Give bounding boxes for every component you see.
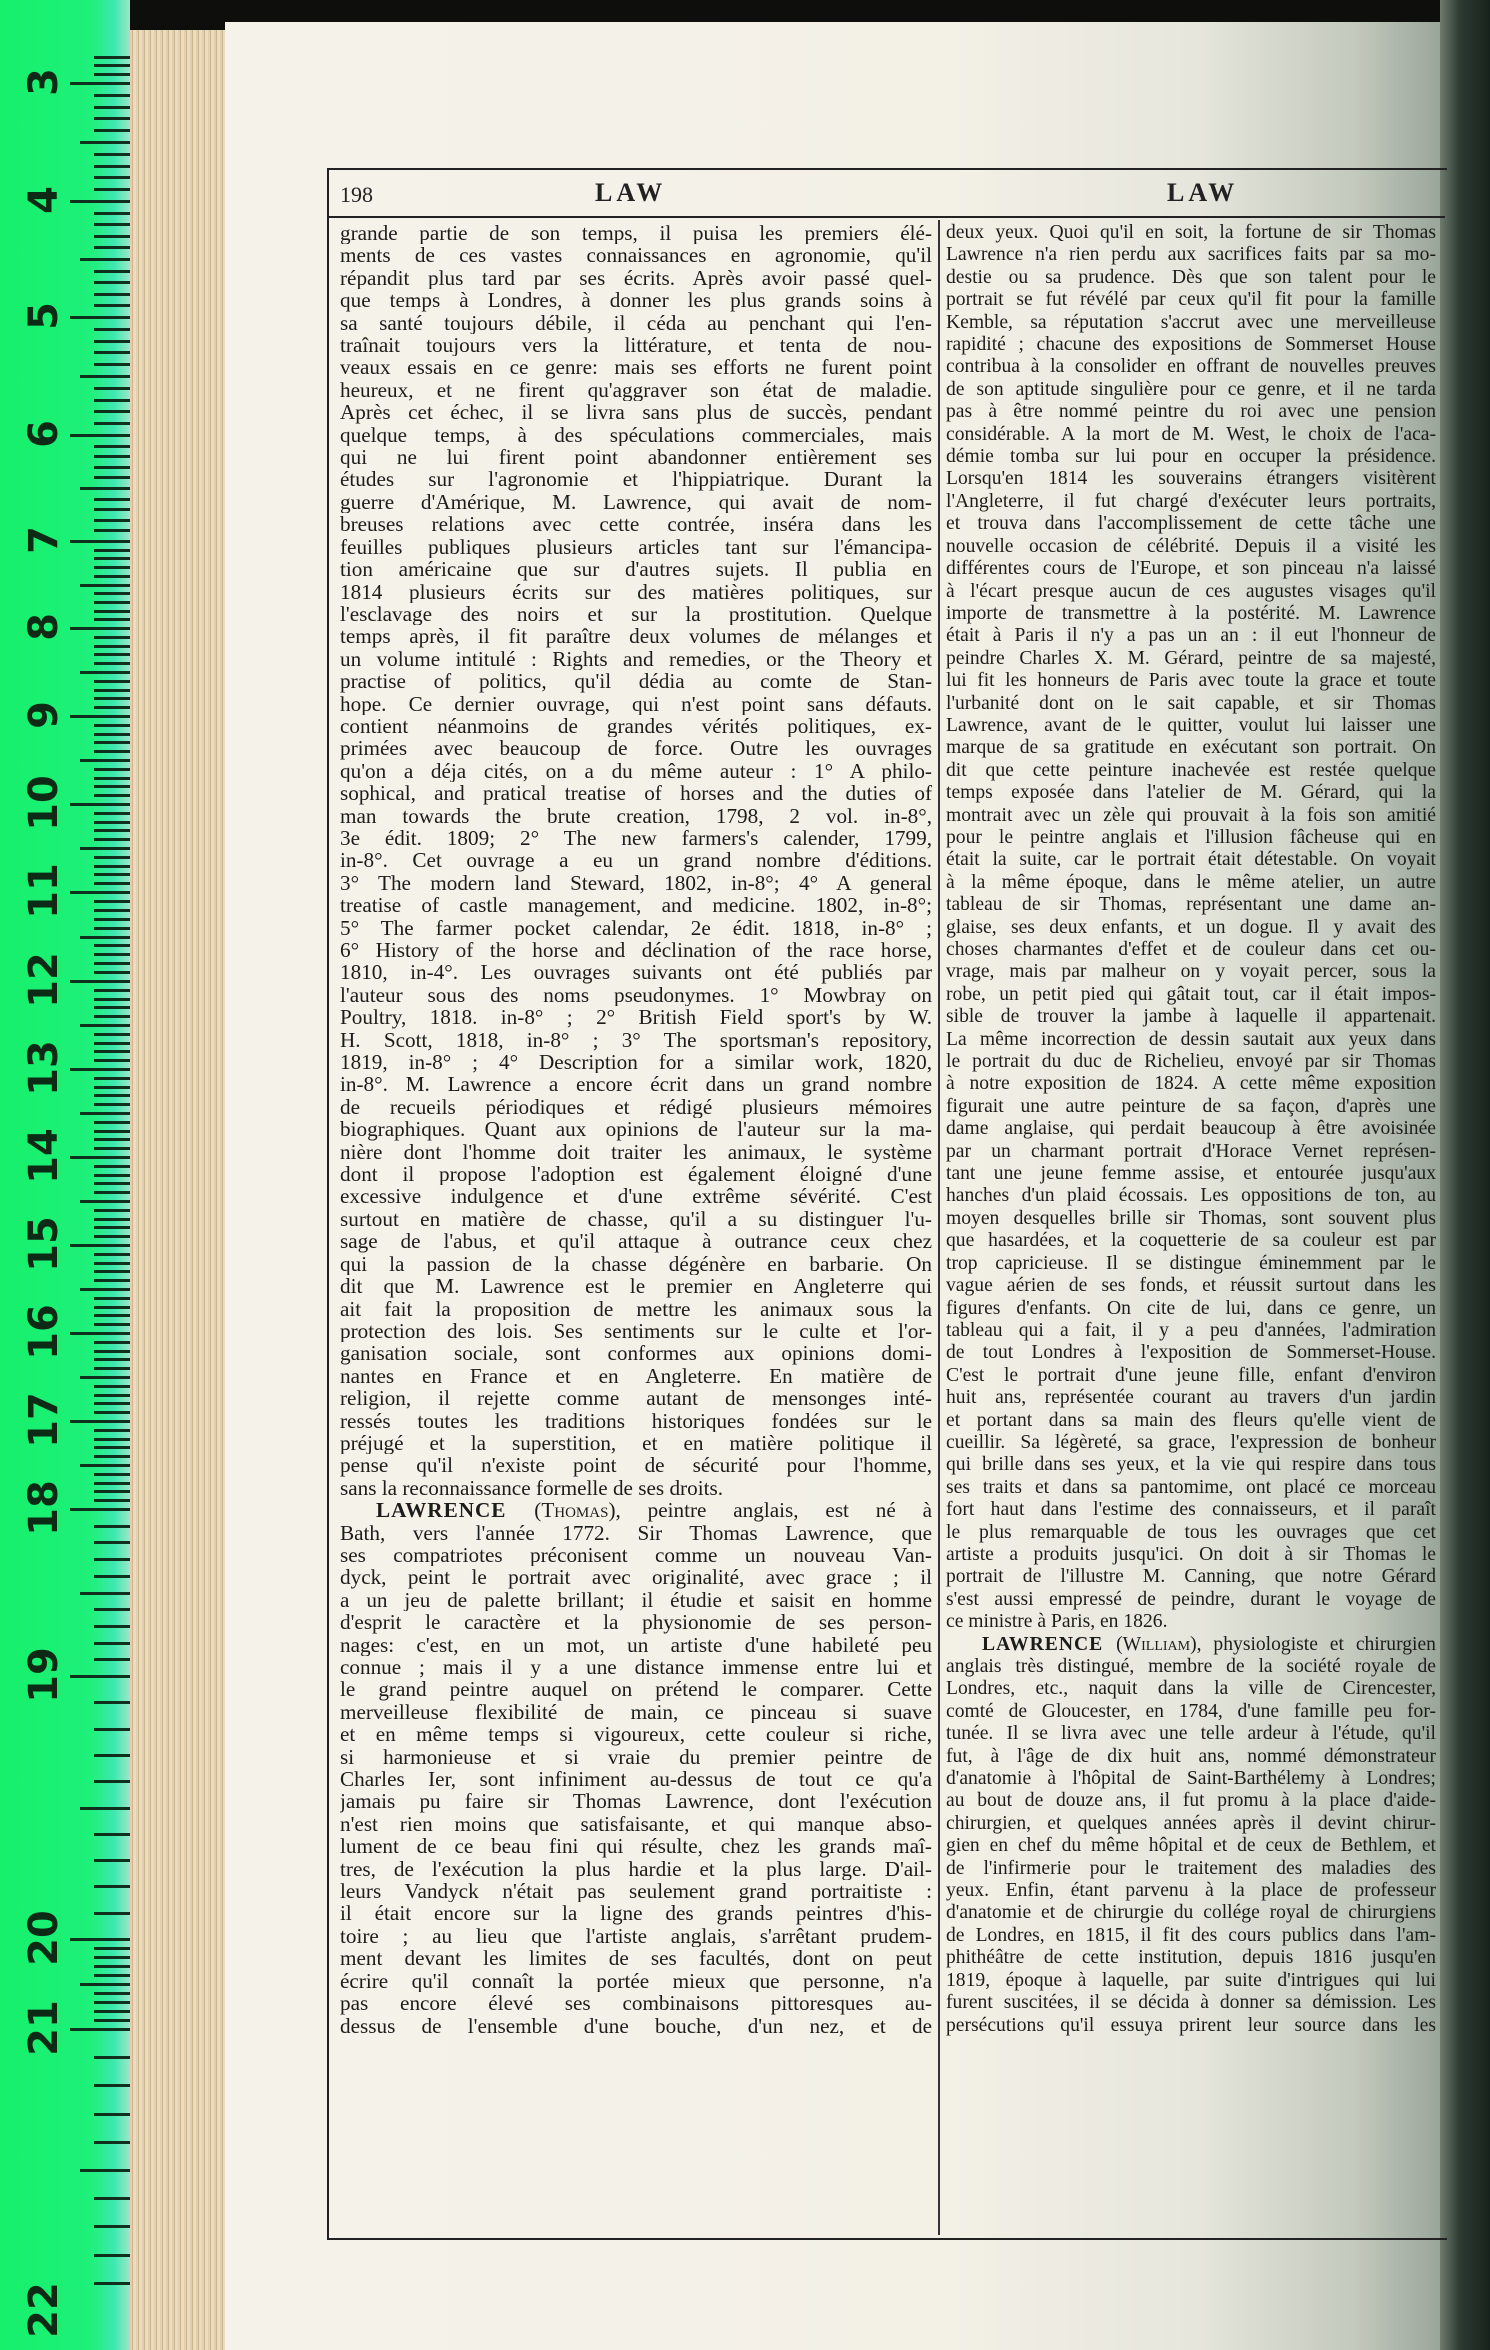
ruler-tick [94, 777, 130, 780]
ruler-tick [80, 1024, 130, 1027]
text-line: lument de ce beau fini qui résulte, chez… [340, 1835, 932, 1857]
ruler-tick [94, 1077, 130, 1080]
page-number: 198 [340, 182, 373, 208]
ruler-tick [94, 794, 130, 797]
ruler-tick [94, 1270, 130, 1273]
ruler-tick [94, 1912, 130, 1915]
ruler-tick [94, 223, 130, 226]
text-line: traînait toujours vers la littérature, e… [340, 334, 932, 356]
text-line: ment devant les limites de ses facultés,… [340, 1947, 932, 1969]
text-line: rapidité ; chacune des expositions de So… [946, 334, 1436, 356]
ruler-label: 3 [22, 52, 66, 112]
ruler-tick [80, 258, 130, 261]
text-line: cueillir. Sa légèreté, sa grace, l'expre… [946, 1432, 1436, 1454]
text-line: ses compatriotes préconisent comme un no… [340, 1544, 932, 1566]
text-line: La même incorrection de dessin sautait a… [946, 1029, 1436, 1051]
ruler-tick [80, 1288, 130, 1291]
ruler-tick [94, 270, 130, 273]
text-line: vague aérien de ses fonds, et réussit su… [946, 1275, 1436, 1297]
ruler-tick [94, 1965, 130, 1968]
text-line: l'esclavage des noirs et sur la prostitu… [340, 603, 932, 625]
ruler-tick [94, 575, 130, 578]
text-line: portrait de l'illustre M. Canning, que n… [946, 1566, 1436, 1588]
ruler-tick [94, 304, 130, 307]
ruler-tick [94, 2010, 130, 2013]
ruler-tick [94, 2254, 130, 2257]
text-line: persécutions qu'il essuya prirent leur s… [946, 2015, 1436, 2037]
ruler-tick [94, 399, 130, 402]
ruler-tick [94, 1446, 130, 1449]
text-line: vrage, mais par malheur on y voyait perc… [946, 961, 1436, 983]
ruler-tick [94, 1385, 130, 1388]
ruler-tick [94, 1780, 130, 1783]
ruler-tick [94, 1059, 130, 1062]
ruler-tick [94, 557, 130, 560]
text-line: primées avec beaucoup de force. Outre le… [340, 737, 932, 759]
text-line: 1819, in-8° ; 4° Description for a simil… [340, 1051, 932, 1073]
text-line: choses charmantes d'effet et de couleur … [946, 939, 1436, 961]
text-line: de son aptitude singulière pour ce genre… [946, 379, 1436, 401]
text-line: sophical, and pratical treatise of horse… [340, 782, 932, 804]
ruler-label: 11 [22, 861, 66, 921]
ruler-tick [94, 768, 130, 771]
text-line: in-8°. M. Lawrence a encore écrit dans u… [340, 1073, 932, 1095]
ruler-tick [94, 73, 130, 76]
text-line: importe de transmettre à la postérité. M… [946, 603, 1436, 625]
text-line: deux yeux. Quoi qu'il en soit, la fortun… [946, 222, 1436, 244]
text-line: sage de l'abus, et qu'il attaque à outra… [340, 1230, 932, 1252]
ruler-tick [94, 2113, 130, 2116]
ruler-tick [94, 1042, 130, 1045]
ruler-tick [70, 1938, 130, 1941]
text-line: 3° The modern land Steward, 1802, in-8°;… [340, 872, 932, 894]
text-line: un volume intitulé : Rights and remedies… [340, 648, 932, 670]
ruler-tick [94, 944, 130, 947]
ruler-tick [70, 1332, 130, 1335]
ruler-tick [94, 1253, 130, 1256]
ruler-tick [94, 2282, 130, 2285]
text-line: ses traits et dans sa pantomime, ont pla… [946, 1477, 1436, 1499]
ruler-tick [94, 1103, 130, 1106]
text-line: heureux, et ne firent qu'aggraver son ét… [340, 379, 932, 401]
ruler-label: 17 [22, 1390, 66, 1450]
ruler-tick [94, 549, 130, 552]
ruler-tick [70, 715, 130, 718]
text-line: pas encore élevé ses combinaisons pittor… [340, 1992, 932, 2014]
binding-shadow [1440, 0, 1490, 2350]
text-line: d'esprit le caractère et la physionomie … [340, 1611, 932, 1633]
text-line: hope. Ce dernier ouvrage, qui n'est poin… [340, 693, 932, 715]
ruler-tick [94, 680, 130, 683]
ruler-tick [94, 1558, 130, 1561]
ruler-tick [94, 1833, 130, 1836]
ruler-tick [94, 592, 130, 595]
text-line: feuilles publiques plusieurs articles ta… [340, 536, 932, 558]
text-line: que hasardées, et la coquetterie de sa c… [946, 1230, 1436, 1252]
ruler-tick [94, 962, 130, 965]
ruler-tick [94, 1608, 130, 1611]
text-line: temps exposée dans l'atelier de M. Gérar… [946, 782, 1436, 804]
text-line: jamais pu faire sir Thomas Lawrence, don… [340, 1790, 932, 1812]
ruler-tick [94, 153, 130, 156]
ruler-tick [80, 1807, 130, 1810]
text-line: différentes cours de l'Europe, et son pi… [946, 558, 1436, 580]
text-line: de Londres, en 1815, il fit des cours pu… [946, 1925, 1436, 1947]
ruler-tick [94, 812, 130, 815]
ruler-tick [94, 2141, 130, 2144]
ruler-tick [70, 1675, 130, 1678]
text-line: protection des lois. Ses sentiments sur … [340, 1320, 932, 1342]
ruler-tick [94, 1455, 130, 1458]
ruler-tick [94, 882, 130, 885]
text-line: qui brille dans ses yeux, et la vie qui … [946, 1454, 1436, 1476]
text-line: montrait avec un zèle qui prouvait à la … [946, 805, 1436, 827]
ruler-tick [94, 1174, 130, 1177]
ruler-tick [94, 1402, 130, 1405]
ruler-tick [94, 1482, 130, 1485]
ruler-tick [94, 129, 130, 132]
ruler-tick [94, 1358, 130, 1361]
ruler-label: 16 [22, 1302, 66, 1362]
text-line: 6° History of the horse and déclination … [340, 939, 932, 961]
ruler-tick [94, 235, 130, 238]
ruler-tick [94, 1209, 130, 1212]
ruler-tick [94, 508, 130, 511]
ruler-tick [80, 1200, 130, 1203]
ruler-tick [94, 1323, 130, 1326]
text-line: Charles Ier, sont infiniment au-dessus d… [340, 1768, 932, 1790]
text-line: figures d'enfants. On cite de lui, dans … [946, 1298, 1436, 1320]
ruler-tick [70, 1420, 130, 1423]
text-line: dyck, peint le portrait avec originalité… [340, 1566, 932, 1588]
text-line: ments de ces vastes connaissances en agr… [340, 244, 932, 266]
ruler-tick [94, 1367, 130, 1370]
text-line: sible de trouver la jambe à laquelle il … [946, 1006, 1436, 1028]
ruler-tick [94, 1050, 130, 1053]
text-line: nière dont l'homme doit traiter les anim… [340, 1141, 932, 1163]
ruler-tick [94, 1130, 130, 1133]
ruler-tick [94, 2225, 130, 2228]
ruler-tick [94, 1262, 130, 1265]
text-line: temps après, il fit paraître deux volume… [340, 625, 932, 647]
text-line: surtout en matière de chasse, qu'il a su… [340, 1208, 932, 1230]
right-column: deux yeux. Quoi qu'il en soit, la fortun… [946, 222, 1436, 2037]
text-line: qu'on a déja cités, on a du même auteur … [340, 760, 932, 782]
ruler-label: 19 [22, 1645, 66, 1705]
text-line: 3e édit. 1809; 2° The new farmers's cale… [340, 827, 932, 849]
ruler-tick [94, 1575, 130, 1578]
text-line: l'auteur sous des noms pseudonymes. 1° M… [340, 984, 932, 1006]
ruler-tick [80, 1376, 130, 1379]
entry-headword: LAWRENCE [376, 1499, 534, 1521]
text-line: à notre exposition de 1824. A cette même… [946, 1073, 1436, 1095]
text-line: pas à être nommé peintre du roi avec une… [946, 401, 1436, 423]
ruler-tick [94, 1226, 130, 1229]
ruler-tick [94, 1015, 130, 1018]
running-head: 198 LAW LAW [327, 170, 1445, 218]
text-line: Lawrence n'a rien perdu aux sacrifices f… [946, 244, 1436, 266]
text-line: contient néanmoins de grandes vérités po… [340, 715, 932, 737]
text-line: marque de sa gratitude en exécutant son … [946, 737, 1436, 759]
text-line: sans la reconnaissance formelle de ses d… [340, 1477, 932, 1499]
text-line: leurs Vandyck n'était pas seulement gran… [340, 1880, 932, 1902]
text-line: connue ; mais il y a une distance immens… [340, 1656, 932, 1678]
ruler-tick [94, 293, 130, 296]
ruler-tick [80, 2169, 130, 2172]
text-line: préjugé et la superstition, et en matièr… [340, 1432, 932, 1454]
ruler-tick [94, 953, 130, 956]
text-line: études sur l'agronomie et l'hippiatrique… [340, 468, 932, 490]
text-line: C'est le portrait d'une jeune fille, enf… [946, 1365, 1436, 1387]
ruler-tick [94, 998, 130, 1001]
ruler-tick [94, 466, 130, 469]
ruler: 345678910111213141516171819202122 [0, 0, 130, 2350]
text-line: lui fit les honneurs de Paris avec toute… [946, 670, 1436, 692]
ruler-tick [94, 1541, 130, 1544]
ruler-tick [94, 900, 130, 903]
ruler-tick [94, 1490, 130, 1493]
text-line: écrire qu'il connaît la portée mieux que… [340, 1970, 932, 1992]
text-line: tion américaine que sur d'autres sujets.… [340, 558, 932, 580]
text-line: sa santé toujours débile, il céda au pen… [340, 312, 932, 334]
ruler-tick [94, 2019, 130, 2022]
text-line: fort haut dans l'estime des connaisseurs… [946, 1499, 1436, 1521]
ruler-tick [94, 1394, 130, 1397]
ruler-tick [94, 601, 130, 604]
ruler-label: 13 [22, 1038, 66, 1098]
ruler-tick [94, 724, 130, 727]
text-line: robe, un petit pied qui gâtait tout, car… [946, 984, 1436, 1006]
ruler-tick [94, 1297, 130, 1300]
text-line: Lorsqu'en 1814 les souverains étrangers … [946, 468, 1436, 490]
text-line: à l'écart presque aucun de ces augustes … [946, 581, 1436, 603]
ruler-tick [80, 847, 130, 850]
ruler-label: 18 [22, 1478, 66, 1538]
ruler-tick [94, 1642, 130, 1645]
ruler-tick [94, 1235, 130, 1238]
text-line: démie tomba sur lui pour en occuper la p… [946, 446, 1436, 468]
page-block-edge [130, 30, 225, 2350]
ruler-tick [94, 387, 130, 390]
text-line: n'est rien moins que satisfaisante, et q… [340, 1813, 932, 1835]
text-line: Kemble, sa réputation s'accrut avec une … [946, 312, 1436, 334]
ruler-tick [94, 1859, 130, 1862]
ruler-tick [94, 989, 130, 992]
ruler-tick [80, 584, 130, 587]
ruler-tick [80, 141, 130, 144]
ruler-tick [94, 653, 130, 656]
text-line: yeux. Enfin, étant parvenu à la place de… [946, 1880, 1436, 1902]
text-line: religion, il rejette comme autant de men… [340, 1387, 932, 1409]
text-line: était la suite, car le portrait était dé… [946, 849, 1436, 871]
ruler-tick [70, 316, 130, 319]
ruler-tick [94, 1086, 130, 1089]
ruler-label: 5 [22, 286, 66, 346]
text-line: artiste a produits jusqu'ici. On doit à … [946, 1544, 1436, 1566]
ruler-tick [94, 498, 130, 501]
ruler-tick [94, 529, 130, 532]
ruler-tick [94, 1411, 130, 1414]
ruler-tick [94, 610, 130, 613]
ruler-tick [70, 540, 130, 543]
ruler-tick [94, 340, 130, 343]
ruler-label: 9 [22, 685, 66, 745]
ruler-tick [94, 1182, 130, 1185]
text-line: Poultry, 1818. in-8° ; 2° British Field … [340, 1006, 932, 1028]
text-line: ressés toutes les traditions historiques… [340, 1410, 932, 1432]
ruler-tick [94, 188, 130, 191]
text-line: practise of politics, qu'il dédia au com… [340, 670, 932, 692]
text-line: dame anglaise, qui perdait beaucoup à êt… [946, 1118, 1436, 1140]
text-line: hanches d'un plaid écossais. Les opposit… [946, 1185, 1436, 1207]
text-line: dont il propose l'adoption est également… [340, 1163, 932, 1185]
ruler-tick [94, 1033, 130, 1036]
text-line: dit que cette peinture inachevée est res… [946, 760, 1436, 782]
ruler-tick [94, 927, 130, 930]
text-line: tableau de sir Thomas, représentant une … [946, 894, 1436, 916]
text-line: le grand peintre auquel on prétend le co… [340, 1678, 932, 1700]
text-line: si harmonieuse et si vraie du premier pe… [340, 1746, 932, 1768]
ruler-tick [94, 1191, 130, 1194]
text-line: in-8°. Cet ouvrage a eu un grand nombre … [340, 849, 932, 871]
text-line: d'anatomie et de chirurgie du collége ro… [946, 1902, 1436, 1924]
text-line: répandit plus tard par ses écrits. Après… [340, 267, 932, 289]
ruler-tick [94, 689, 130, 692]
ruler-tick [94, 1429, 130, 1432]
text-line: H. Scott, 1818, in-8° ; 3° The sportsman… [340, 1029, 932, 1051]
ruler-tick [94, 1121, 130, 1124]
ruler-tick [80, 936, 130, 939]
text-line: et en même temps si vigoureux, cette cou… [340, 1723, 932, 1745]
ruler-tick [70, 434, 130, 437]
text-line: et portant dans sa main des fleurs qu'el… [946, 1410, 1436, 1432]
text-line: gien en chef du même hôpital et de ceux … [946, 1835, 1436, 1857]
text-line: moyen desquelles brille sir Thomas, sont… [946, 1208, 1436, 1230]
ruler-tick [94, 1314, 130, 1317]
ruler-tick [94, 909, 130, 912]
ruler-tick [80, 1112, 130, 1115]
entry-lawrence-william: LAWRENCE (William), physiologiste et chi… [946, 1634, 1436, 1656]
ruler-tick [80, 1592, 130, 1595]
text-line: pour le peintre anglais et l'illusion fâ… [946, 827, 1436, 849]
text-line: breuses relations avec cette contrée, in… [340, 513, 932, 535]
text-line: il était encore sur la ligne des grands … [340, 1902, 932, 1924]
text-line: pense qu'il n'existe point de sécurité p… [340, 1454, 932, 1476]
ruler-tick [94, 445, 130, 448]
ruler-tick [94, 1473, 130, 1476]
text-line: par un charmant portrait d'Horace Vernet… [946, 1141, 1436, 1163]
text-line: tunée. Il se livra avec une telle ardeur… [946, 1723, 1436, 1745]
ruler-tick [94, 1147, 130, 1150]
ruler-tick [94, 410, 130, 413]
ruler-tick [94, 2197, 130, 2200]
ruler-label: 22 [22, 2280, 66, 2340]
ruler-tick [94, 476, 130, 479]
text-line: de l'infirmerie pour le traitement des m… [946, 1858, 1436, 1880]
ruler-tick [94, 873, 130, 876]
ruler-tick [94, 1138, 130, 1141]
ruler-tick [70, 891, 130, 894]
ruler-tick [70, 1156, 130, 1159]
text-line: était à Paris il n'y a pas un an : il eu… [946, 625, 1436, 647]
ruler-tick [94, 1956, 130, 1959]
ruler-tick [94, 1974, 130, 1977]
ruler-tick [94, 165, 130, 168]
text-line: peindre Charles X. M. Gérard, peintre de… [946, 648, 1436, 670]
ruler-tick [70, 1508, 130, 1511]
text-line: huit ans, représentée courant au travers… [946, 1387, 1436, 1409]
ruler-tick [94, 1701, 130, 1704]
text-line: contribua à la consolider en offrant de … [946, 356, 1436, 378]
text-line: portrait se fut révélé par ceux qu'il fi… [946, 289, 1436, 311]
text-line: a un jeu de palette brillant; il étudie … [340, 1589, 932, 1611]
text-line: Bath, vers l'année 1772. Sir Thomas Lawr… [340, 1522, 932, 1544]
text-line: man towards the brute creation, 1798, 2 … [340, 805, 932, 827]
ruler-label: 4 [22, 170, 66, 230]
ruler-tick [94, 1350, 130, 1353]
text-line: au bout de douze ans, il fut promu à la … [946, 1790, 1436, 1812]
ruler-tick [94, 117, 130, 120]
text-line: biographiques. Quant aux opinions de l'a… [340, 1118, 932, 1140]
ruler-label: 12 [22, 950, 66, 1010]
text-line: glaise, ses deux enfants, et un dogue. I… [946, 917, 1436, 939]
ruler-tick [94, 566, 130, 569]
ruler-tick [94, 519, 130, 522]
text-line: ce ministre à Paris, en 1826. [946, 1611, 1436, 1633]
ruler-tick [80, 671, 130, 674]
text-line: de tout Londres à l'exposition de Sommer… [946, 1342, 1436, 1364]
ruler-tick [94, 741, 130, 744]
ruler-tick [94, 422, 130, 425]
ruler-tick [94, 1499, 130, 1502]
ruler-label: 8 [22, 597, 66, 657]
text-line: l'Angleterre, il fut chargé d'exécuter l… [946, 491, 1436, 513]
ruler-label: 6 [22, 404, 66, 464]
text-line: anglais très distingué, membre de la soc… [946, 1656, 1436, 1678]
ruler-tick [94, 1218, 130, 1221]
ruler-label: 10 [22, 773, 66, 833]
text-line: le portrait du duc de Richelieu, envoyé … [946, 1051, 1436, 1073]
text-line: et trouva dans l'accomplissement de cett… [946, 513, 1436, 535]
text-line: tres, de l'exécution la plus hardie et l… [340, 1858, 932, 1880]
text-line: toire ; au lieu que l'artiste anglais, s… [340, 1925, 932, 1947]
ruler-tick [94, 281, 130, 284]
ruler-tick [94, 1306, 130, 1309]
ruler-tick [94, 750, 130, 753]
ruler-tick [94, 829, 130, 832]
ruler-tick [94, 2001, 130, 2004]
ruler-tick [94, 1658, 130, 1661]
ruler-tick [94, 351, 130, 354]
entry-given-name: (Thomas), [534, 1499, 621, 1521]
text-line: 1810, in-4°. Les ouvrages suivants ont é… [340, 961, 932, 983]
text-line: nages: c'est, en un mot, un artiste d'un… [340, 1634, 932, 1656]
text-line: figurait une autre peinture de sa façon,… [946, 1096, 1436, 1118]
ruler-tick [94, 838, 130, 841]
ruler-tick [94, 645, 130, 648]
ruler-tick [94, 246, 130, 249]
ruler-tick [70, 980, 130, 983]
ruler-label: 20 [22, 1908, 66, 1968]
ruler-tick [94, 1094, 130, 1097]
running-head-right: LAW [1167, 178, 1238, 208]
ruler-tick [70, 627, 130, 630]
ruler-tick [70, 1068, 130, 1071]
ruler-tick [70, 200, 130, 203]
text-line: quelque temps, à des spéculations commer… [340, 424, 932, 446]
ruler-tick [94, 971, 130, 974]
text-line: fut, à l'âge de dix huit ans, nommé démo… [946, 1746, 1436, 1768]
